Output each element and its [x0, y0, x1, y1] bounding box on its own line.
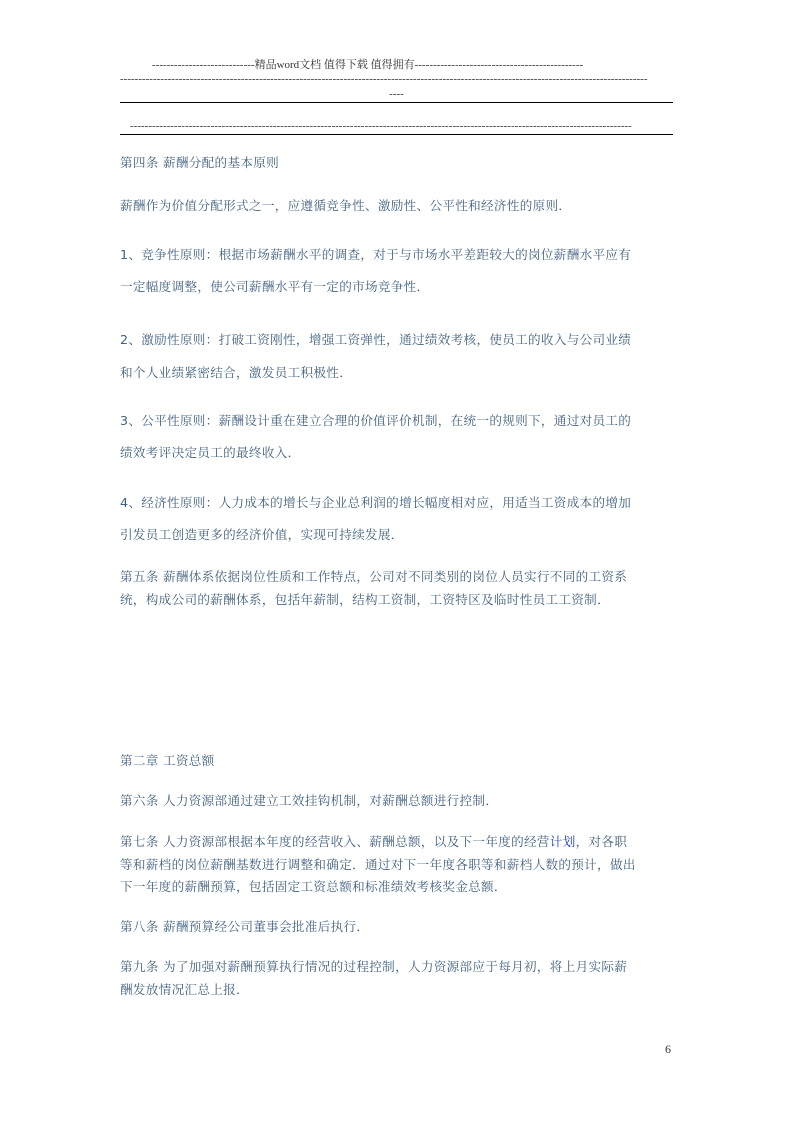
principle-3-line-2: 绩效考评决定员工的最终收入． [120, 442, 676, 461]
article-7-text-before-link: 第七条 人力资源部根据本年度的经营收入、薪酬总额，以及下一年度的经营 [120, 834, 550, 849]
article-4-intro: 薪酬作为价值分配形式之一，应遵循竞争性、激励性、公平性和经济性的原则． [120, 195, 676, 214]
principle-2-line-2: 和个人业绩紧密结合，激发员工积极性． [120, 362, 676, 381]
page-number: 6 [665, 1042, 671, 1057]
principle-2-line-1: 2、激励性原则：打破工资刚性，增强工资弹性，通过绩效考核，使员工的收入与公司业绩 [120, 329, 676, 348]
plan-link[interactable]: 计划 [550, 834, 576, 849]
principle-4-line-2: 引发员工创造更多的经济价值，实现可持续发展． [120, 524, 676, 543]
article-5-line-2: 统，构成公司的薪酬体系，包括年薪制，结构工资制，工资特区及临时性员工工资制． [120, 589, 676, 608]
article-4-heading: 第四条 薪酬分配的基本原则 [120, 152, 676, 171]
header-banner: ----------------------------精品word文档 值得下… [152, 58, 642, 72]
article-6: 第六条 人力资源部通过建立工效挂钩机制，对薪酬总额进行控制． [120, 790, 676, 809]
article-5-line-1: 第五条 薪酬体系依据岗位性质和工作特点，公司对不同类别的岗位人员实行不同的工资系 [120, 566, 676, 585]
article-7-line-3: 下一年度的薪酬预算，包括固定工资总额和标准绩效考核奖金总额． [120, 876, 676, 895]
header-dash-line-wrap: ---- [120, 87, 673, 101]
article-8: 第八条 薪酬预算经公司董事会批准后执行． [120, 916, 676, 935]
article-9-line-1: 第九条 为了加强对薪酬预算执行情况的过程控制，人力资源部应于每月初，将上月实际薪 [120, 956, 676, 975]
article-7-line-2: 等和薪档的岗位薪酬基数进行调整和确定．通过对下一年度各职等和薪档人数的预计，做出 [120, 854, 676, 873]
principle-1-line-2: 一定幅度调整，使公司薪酬水平有一定的市场竞争性． [120, 276, 676, 295]
article-7-line-1: 第七条 人力资源部根据本年度的经营收入、薪酬总额，以及下一年度的经营计划，对各职 [120, 831, 676, 850]
chapter-2-heading: 第二章 工资总额 [120, 750, 676, 769]
header-rule-top [120, 102, 673, 103]
principle-3-line-1: 3、公平性原则：薪酬设计重在建立合理的价值评价机制，在统一的规则下，通过对员工的 [120, 410, 676, 429]
document-page: ----------------------------精品word文档 值得下… [0, 0, 793, 1122]
header-rule-bottom [120, 134, 673, 135]
header-dash-line: ----------------------------------------… [120, 72, 673, 86]
article-9-line-2: 酬发放情况汇总上报． [120, 979, 676, 998]
principle-1-line-1: 1、竞争性原则：根据市场薪酬水平的调查，对于与市场水平差距较大的岗位薪酬水平应有 [120, 244, 676, 263]
principle-4-line-1: 4、经济性原则：人力成本的增长与企业总利润的增长幅度相对应，用适当工资成本的增加 [120, 492, 676, 511]
article-7-text-after-link: ，对各职 [576, 834, 628, 849]
header-dash-line-lower: ----------------------------------------… [130, 119, 670, 133]
